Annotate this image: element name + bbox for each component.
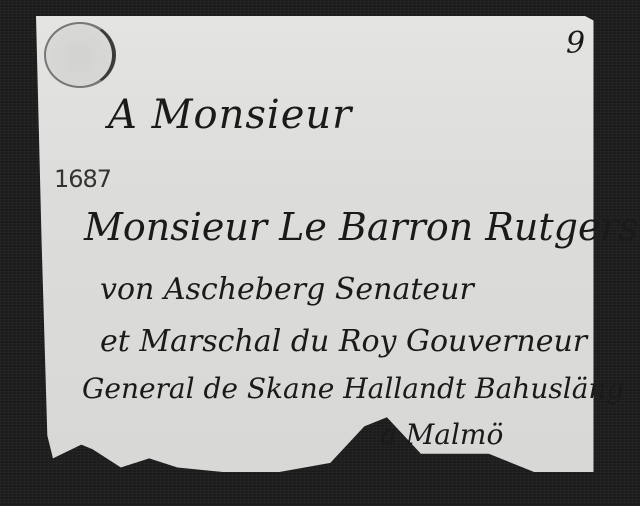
- page-number: 9: [566, 26, 585, 61]
- address-line-2: Monsieur Le Barron Rutgers: [84, 205, 638, 249]
- address-line-1: A Monsieur: [108, 92, 352, 138]
- address-line-3: von Ascheberg Senateur: [100, 272, 474, 307]
- address-line-6: a Malmö: [380, 418, 503, 451]
- address-line-5: General de Skane Hallandt Bahusläng: [82, 372, 624, 405]
- postmark-stamp: [44, 22, 116, 88]
- archive-annotation: 1687: [54, 165, 111, 193]
- address-line-4: et Marschal du Roy Gouverneur: [100, 324, 587, 359]
